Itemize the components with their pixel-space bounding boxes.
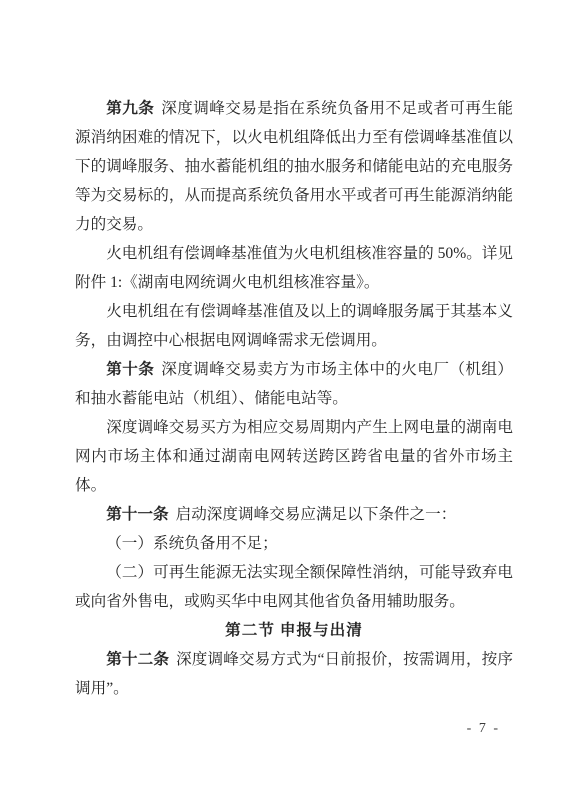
paragraph-text: （一）系统负备用不足； <box>106 535 278 552</box>
paragraph-item-2: （二）可再生能源无法实现全额保障性消纳，可能导致弃电或向省外售电，或购买华中电网… <box>75 558 513 616</box>
paragraph-item-1: （一）系统负备用不足； <box>75 529 513 558</box>
paragraph-article-10: 第十条深度调峰交易卖方为市场主体中的火电厂（机组）和抽水蓄能电站（机组）、储能电… <box>75 355 513 413</box>
paragraph-article-11: 第十一条启动深度调峰交易应满足以下条件之一： <box>75 500 513 529</box>
paragraph-text: 启动深度调峰交易应满足以下条件之一： <box>176 506 457 523</box>
paragraph-text: 深度调峰交易买方为相应交易周期内产生上网电量的湖南电网内市场主体和通过湖南电网转… <box>75 419 513 494</box>
paragraph-text: 火电机组有偿调峰基准值为火电机组核准容量的 50%。详见附件 1:《湖南电网统调… <box>75 245 513 291</box>
paragraph-article-9: 第九条深度调峰交易是指在系统负备用不足或者可再生能源消纳困难的情况下，以火电机组… <box>75 94 513 239</box>
document-page: 第九条深度调峰交易是指在系统负备用不足或者可再生能源消纳困难的情况下，以火电机组… <box>0 0 566 800</box>
paragraph-article-12: 第十二条深度调峰交易方式为“日前报价，按需调用，按序调用”。 <box>75 645 513 703</box>
paragraph: 火电机组有偿调峰基准值为火电机组核准容量的 50%。详见附件 1:《湖南电网统调… <box>75 239 513 297</box>
paragraph-text: （二）可再生能源无法实现全额保障性消纳，可能导致弃电或向省外售电，或购买华中电网… <box>75 564 513 610</box>
page-number: - 7 - <box>467 721 500 737</box>
article-number: 第十条 <box>106 361 154 378</box>
paragraph-text: 火电机组在有偿调峰基准值及以上的调峰服务属于其基本义务，由调控中心根据电网调峰需… <box>75 303 513 349</box>
section-heading: 第二节 申报与出清 <box>75 616 513 645</box>
article-number: 第十一条 <box>106 506 168 523</box>
article-number: 第十二条 <box>106 651 169 668</box>
paragraph: 火电机组在有偿调峰基准值及以上的调峰服务属于其基本义务，由调控中心根据电网调峰需… <box>75 297 513 355</box>
paragraph: 深度调峰交易买方为相应交易周期内产生上网电量的湖南电网内市场主体和通过湖南电网转… <box>75 413 513 500</box>
paragraph-text: 深度调峰交易是指在系统负备用不足或者可再生能源消纳困难的情况下，以火电机组降低出… <box>75 100 513 233</box>
text-block: 第九条深度调峰交易是指在系统负备用不足或者可再生能源消纳困难的情况下，以火电机组… <box>75 94 513 703</box>
article-number: 第九条 <box>106 100 154 117</box>
